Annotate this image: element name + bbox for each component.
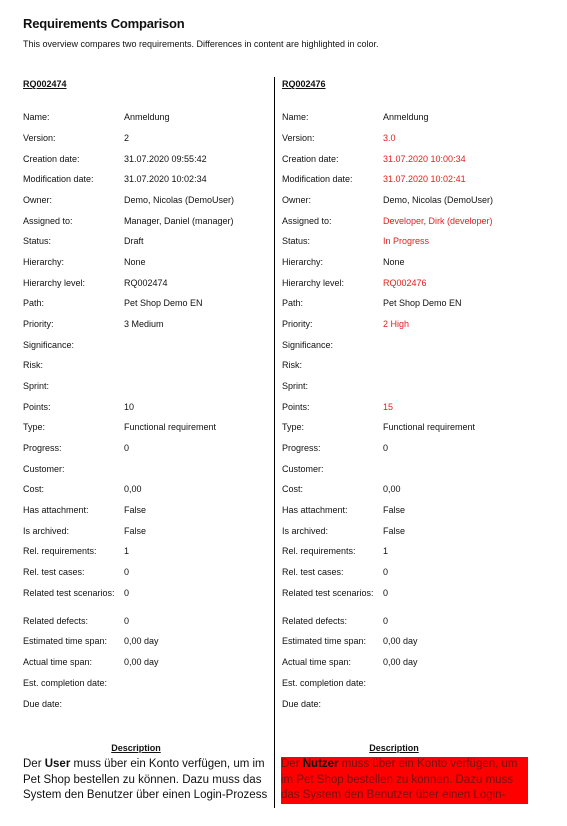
field-label: Path: [282,297,380,309]
field-value: 1 [383,545,388,557]
field-label: Progress: [282,442,380,454]
field-label: Risk: [282,359,380,371]
field-label: Estimated time span: [282,635,380,647]
field-value-changed: 31.07.2020 10:00:34 [383,153,466,165]
field-value: 0 [124,587,129,599]
field-label: Points: [23,401,121,413]
field-label: Points: [282,401,380,413]
field-label: Hierarchy: [282,256,380,268]
field-value: Demo, Nicolas (DemoUser) [383,194,493,206]
field-label: Owner: [282,194,380,206]
field-value: False [124,525,146,537]
field-label: Risk: [23,359,121,371]
field-label: Hierarchy level: [282,277,380,289]
field-value: Anmeldung [124,111,170,123]
field-value: Anmeldung [383,111,429,123]
right-description-title: Description [281,743,507,753]
field-label: Modification date: [23,173,121,185]
field-label: Significance: [23,339,121,351]
field-value: 1 [124,545,129,557]
field-label: Priority: [282,318,380,330]
field-label: Rel. test cases: [282,566,380,578]
description-text-pre: Der [281,758,303,770]
field-label: Modification date: [282,173,380,185]
description-text-bold: Nutzer [303,758,339,770]
field-label: Has attachment: [23,504,121,516]
field-value: False [383,525,405,537]
field-label: Name: [282,111,380,123]
field-label: Significance: [282,339,380,351]
field-value: 0,00 day [124,656,159,668]
field-value-changed: 3.0 [383,132,396,144]
field-label: Sprint: [282,380,380,392]
left-requirement-column: RQ002474 Name:AnmeldungVersion:2Creation… [23,78,283,90]
column-divider [274,77,275,808]
field-value: Pet Shop Demo EN [124,297,203,309]
page-subtitle: This overview compares two requirements.… [23,39,379,49]
field-value-changed: 15 [383,401,393,413]
field-label: Assigned to: [282,215,380,227]
field-value: False [124,504,146,516]
field-value: 0 [383,566,388,578]
field-label: Due date: [23,698,121,710]
field-label: Cost: [23,483,121,495]
field-value: 0 [124,615,129,627]
field-label: Has attachment: [282,504,380,516]
field-value: RQ002474 [124,277,168,289]
field-label: Hierarchy level: [23,277,121,289]
field-value: False [383,504,405,516]
field-value: None [124,256,146,268]
field-value-changed: In Progress [383,235,429,247]
field-label: Related test scenarios: [282,587,380,599]
field-label: Sprint: [23,380,121,392]
field-label: Related defects: [282,615,380,627]
field-label: Progress: [23,442,121,454]
field-value: Functional requirement [124,421,216,433]
field-label: Path: [23,297,121,309]
field-value-changed: RQ002476 [383,277,427,289]
field-value: 31.07.2020 09:55:42 [124,153,207,165]
field-label: Actual time span: [23,656,121,668]
field-label: Status: [23,235,121,247]
field-value-changed: Developer, Dirk (developer) [383,215,493,227]
field-value: Draft [124,235,144,247]
description-text-bold: User [45,758,71,770]
left-description-title: Description [23,743,249,753]
field-value: 10 [124,401,134,413]
field-label: Customer: [282,463,380,475]
field-value: 31.07.2020 10:02:34 [124,173,207,185]
field-label: Estimated time span: [23,635,121,647]
field-label: Est. completion date: [282,677,380,689]
field-value: 0,00 [383,483,401,495]
field-label: Type: [282,421,380,433]
field-label: Rel. requirements: [282,545,380,557]
field-label: Version: [282,132,380,144]
field-label: Cost: [282,483,380,495]
field-label: Is archived: [282,525,380,537]
left-description-text: Der User muss über ein Konto verfügen, u… [23,757,273,804]
field-value: 0 [383,442,388,454]
field-value: 0 [124,566,129,578]
field-value: 0,00 day [383,656,418,668]
field-value: 2 [124,132,129,144]
description-text-pre: Der [23,758,45,770]
field-label: Hierarchy: [23,256,121,268]
field-label: Is archived: [23,525,121,537]
field-value: Functional requirement [383,421,475,433]
field-label: Assigned to: [23,215,121,227]
field-label: Due date: [282,698,380,710]
field-label: Rel. requirements: [23,545,121,557]
left-requirement-id: RQ002474 [23,78,283,90]
right-requirement-id: RQ002476 [282,78,542,90]
right-description-text-highlighted: Der Nutzer muss über ein Konto verfügen,… [281,757,528,804]
field-label: Rel. test cases: [23,566,121,578]
field-label: Status: [282,235,380,247]
right-requirement-column: RQ002476 Name:AnmeldungVersion:3.0Creati… [282,78,542,90]
field-value: 0 [383,587,388,599]
field-value: 0,00 [124,483,142,495]
field-label: Est. completion date: [23,677,121,689]
field-label: Owner: [23,194,121,206]
field-label: Creation date: [282,153,380,165]
field-label: Related test scenarios: [23,587,121,599]
field-label: Version: [23,132,121,144]
field-label: Related defects: [23,615,121,627]
field-label: Name: [23,111,121,123]
field-value-changed: 2 High [383,318,409,330]
field-value: 0 [383,615,388,627]
field-label: Actual time span: [282,656,380,668]
field-label: Customer: [23,463,121,475]
field-value: 0,00 day [383,635,418,647]
field-value: Manager, Daniel (manager) [124,215,234,227]
field-value: 0 [124,442,129,454]
field-value: Pet Shop Demo EN [383,297,462,309]
page-title: Requirements Comparison [23,16,185,31]
field-value-changed: 31.07.2020 10:02:41 [383,173,466,185]
field-value: None [383,256,405,268]
field-value: Demo, Nicolas (DemoUser) [124,194,234,206]
field-label: Priority: [23,318,121,330]
field-value: 0,00 day [124,635,159,647]
field-value: 3 Medium [124,318,164,330]
field-label: Creation date: [23,153,121,165]
field-label: Type: [23,421,121,433]
